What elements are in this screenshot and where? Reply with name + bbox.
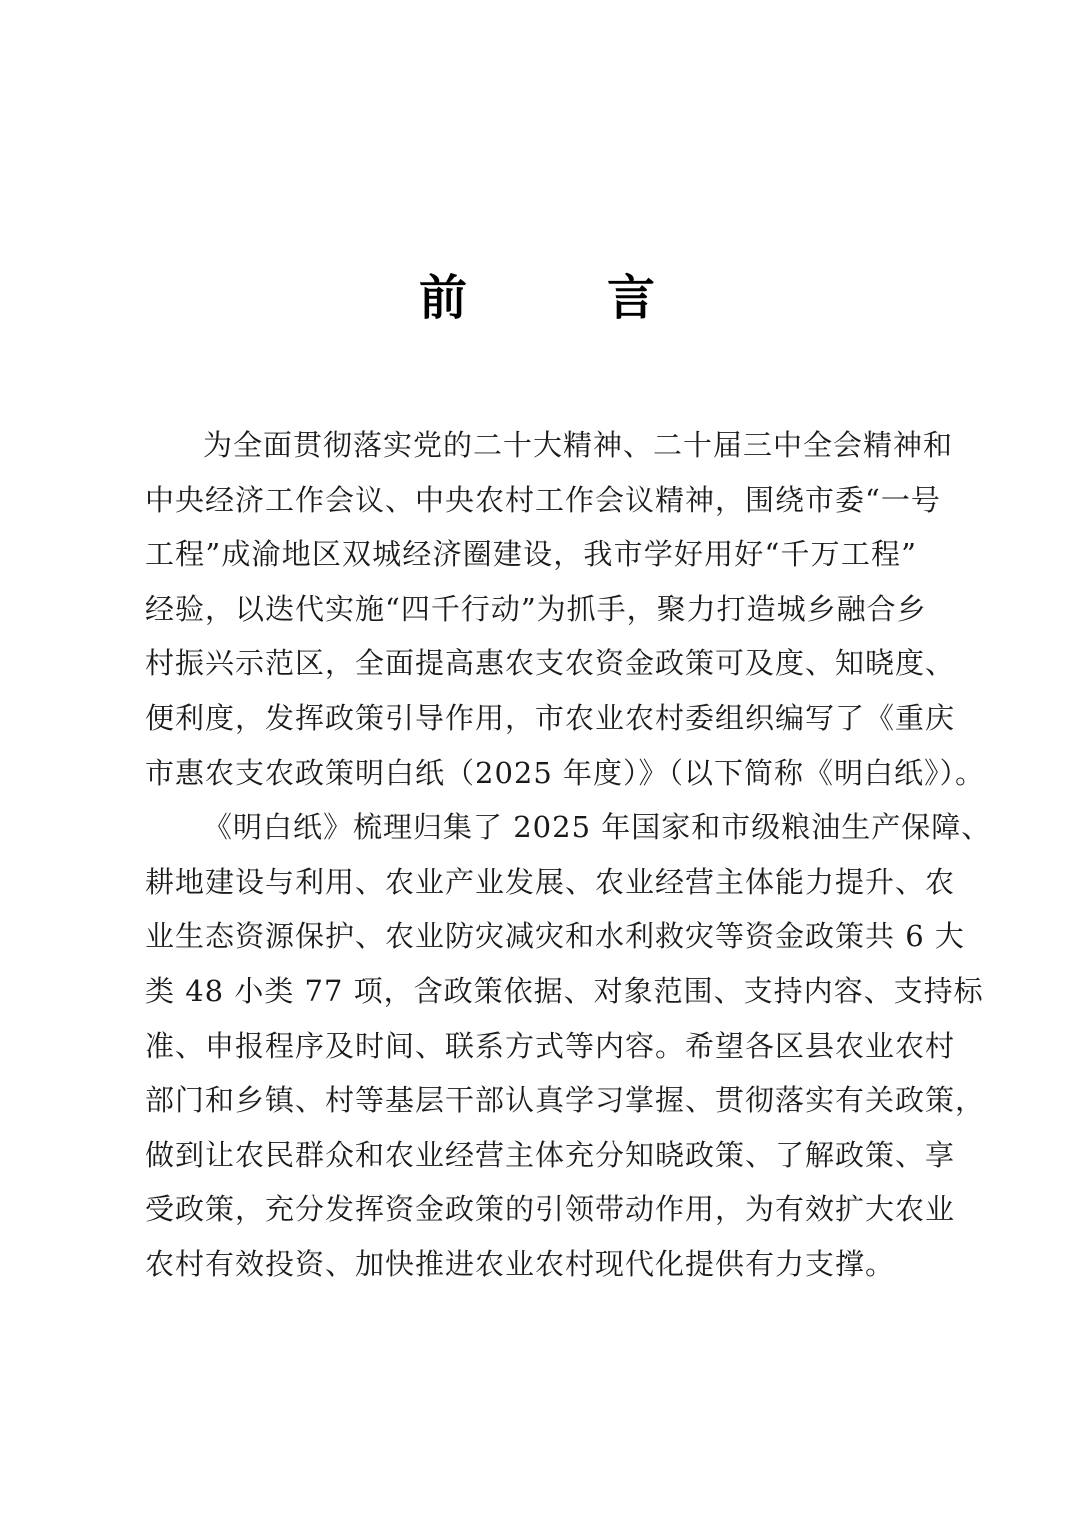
text-line: 市惠农支农政策明白纸（2025 年度）》（以下简称《明白纸》）。 bbox=[145, 746, 917, 801]
text-line: 村振兴示范区，全面提高惠农支农资金政策可及度、知晓度、 bbox=[145, 636, 917, 691]
text-line: 《明白纸》梳理归集了 2025 年国家和市级粮油生产保障、 bbox=[145, 800, 917, 855]
text-line: 类 48 小类 77 项，含政策依据、对象范围、支持内容、支持标 bbox=[145, 964, 917, 1019]
text-line: 做到让农民群众和农业经营主体充分知晓政策、了解政策、享 bbox=[145, 1128, 917, 1183]
text-line: 便利度，发挥政策引导作用，市农业农村委组织编写了《重庆 bbox=[145, 691, 917, 746]
document-page: 前 言 为全面贯彻落实党的二十大精神、二十届三中全会精神和 中央经济工作会议、中… bbox=[0, 0, 1074, 1520]
page-title: 前 言 bbox=[0, 268, 1074, 328]
text-line: 耕地建设与利用、农业产业发展、农业经营主体能力提升、农 bbox=[145, 855, 917, 910]
text-line: 部门和乡镇、村等基层干部认真学习掌握、贯彻落实有关政策， bbox=[145, 1073, 917, 1128]
text-line: 中央经济工作会议、中央农村工作会议精神，围绕市委“一号 bbox=[145, 473, 917, 528]
text-line: 受政策，充分发挥资金政策的引领带动作用，为有效扩大农业 bbox=[145, 1182, 917, 1237]
text-line: 为全面贯彻落实党的二十大精神、二十届三中全会精神和 bbox=[145, 418, 917, 473]
text-line: 工程”成渝地区双城经济圈建设，我市学好用好“千万工程” bbox=[145, 527, 917, 582]
text-line: 农村有效投资、加快推进农业农村现代化提供有力支撑。 bbox=[145, 1237, 917, 1292]
text-line: 准、申报程序及时间、联系方式等内容。希望各区县农业农村 bbox=[145, 1019, 917, 1074]
document-body: 为全面贯彻落实党的二十大精神、二十届三中全会精神和 中央经济工作会议、中央农村工… bbox=[145, 418, 917, 1292]
text-line: 经验，以迭代实施“四千行动”为抓手，聚力打造城乡融合乡 bbox=[145, 582, 917, 637]
paragraph-2: 《明白纸》梳理归集了 2025 年国家和市级粮油生产保障、 耕地建设与利用、农业… bbox=[145, 800, 917, 1291]
paragraph-1: 为全面贯彻落实党的二十大精神、二十届三中全会精神和 中央经济工作会议、中央农村工… bbox=[145, 418, 917, 800]
text-line: 业生态资源保护、农业防灾减灾和水利救灾等资金政策共 6 大 bbox=[145, 909, 917, 964]
